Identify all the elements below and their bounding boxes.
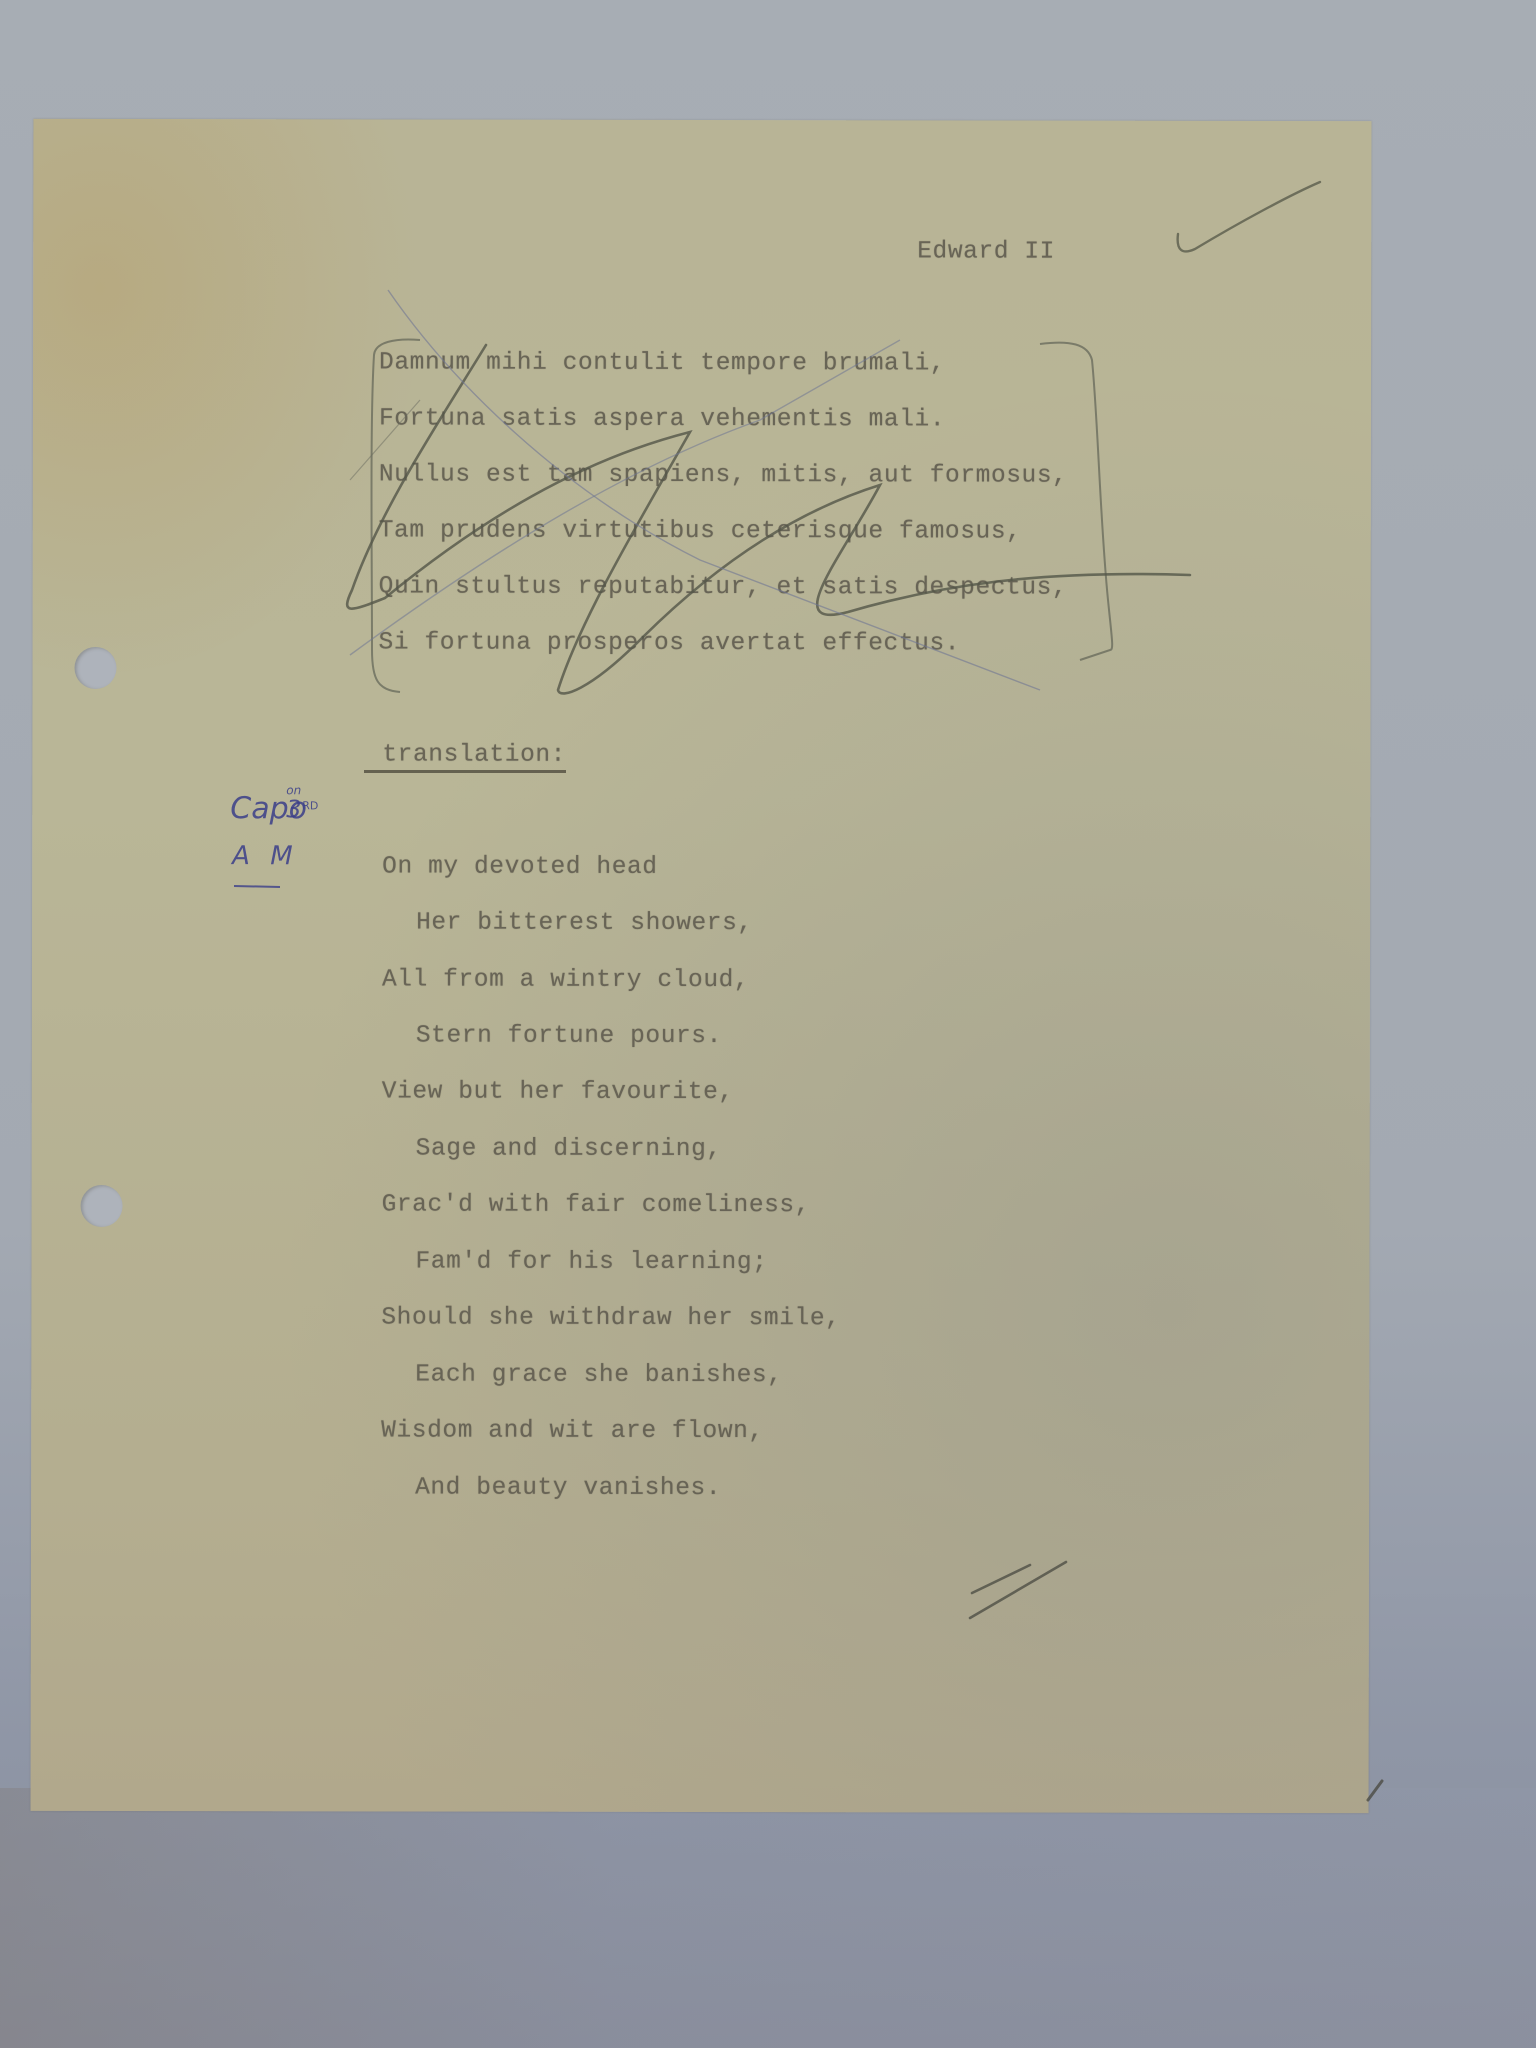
punch-hole-upper [74,647,116,689]
background-shadow [0,1788,1536,2048]
translation-poem: On my devoted head Her bitterest showers… [33,119,1371,121]
poem-line: On my devoted head [382,853,657,880]
typed-page: Edward II Damnum mihi contulit tempore b… [31,119,1372,1813]
latin-line: Si fortuna prosperos avertat effectus. [379,629,961,657]
poem-line: Grac'd with fair comeliness, [382,1191,811,1219]
annotation-am: A M [232,841,299,871]
punch-hole-lower [81,1185,123,1227]
poem-line: Should she withdraw her smile, [381,1304,840,1332]
latin-stanza: Damnum mihi contulit tempore brumali, Fo… [33,119,1371,121]
poem-line: Each grace she banishes, [415,1362,782,1390]
translation-underline [364,770,566,773]
latin-line: Nullus est tam spapiens, mitis, aut form… [379,461,1068,489]
latin-line: Quin stultus reputabitur, et satis despe… [379,573,1068,601]
annotation-rd: RD [302,799,318,812]
latin-line: Fortuna satis aspera vehementis mali. [379,405,945,433]
poem-line: Sage and discerning, [416,1136,722,1164]
page-title: Edward II [917,238,1055,265]
annotation-number: 3 [286,795,301,823]
latin-line: Tam prudens virtutibus ceterisque famosu… [379,517,1022,545]
poem-line: Fam'd for his learning; [415,1249,767,1277]
latin-line: Damnum mihi contulit tempore brumali, [379,349,945,377]
poem-line: Her bitterest showers, [416,910,753,938]
poem-line: View but her favourite, [382,1078,734,1106]
poem-line: And beauty vanishes. [415,1475,721,1503]
translation-heading: translation: [382,741,566,768]
margin-annotation: Capo on 3 RD A M [33,119,1371,121]
poem-line: All from a wintry cloud, [382,966,749,994]
poem-line: Wisdom and wit are flown, [381,1417,764,1445]
poem-line: Stern fortune pours. [416,1023,722,1051]
